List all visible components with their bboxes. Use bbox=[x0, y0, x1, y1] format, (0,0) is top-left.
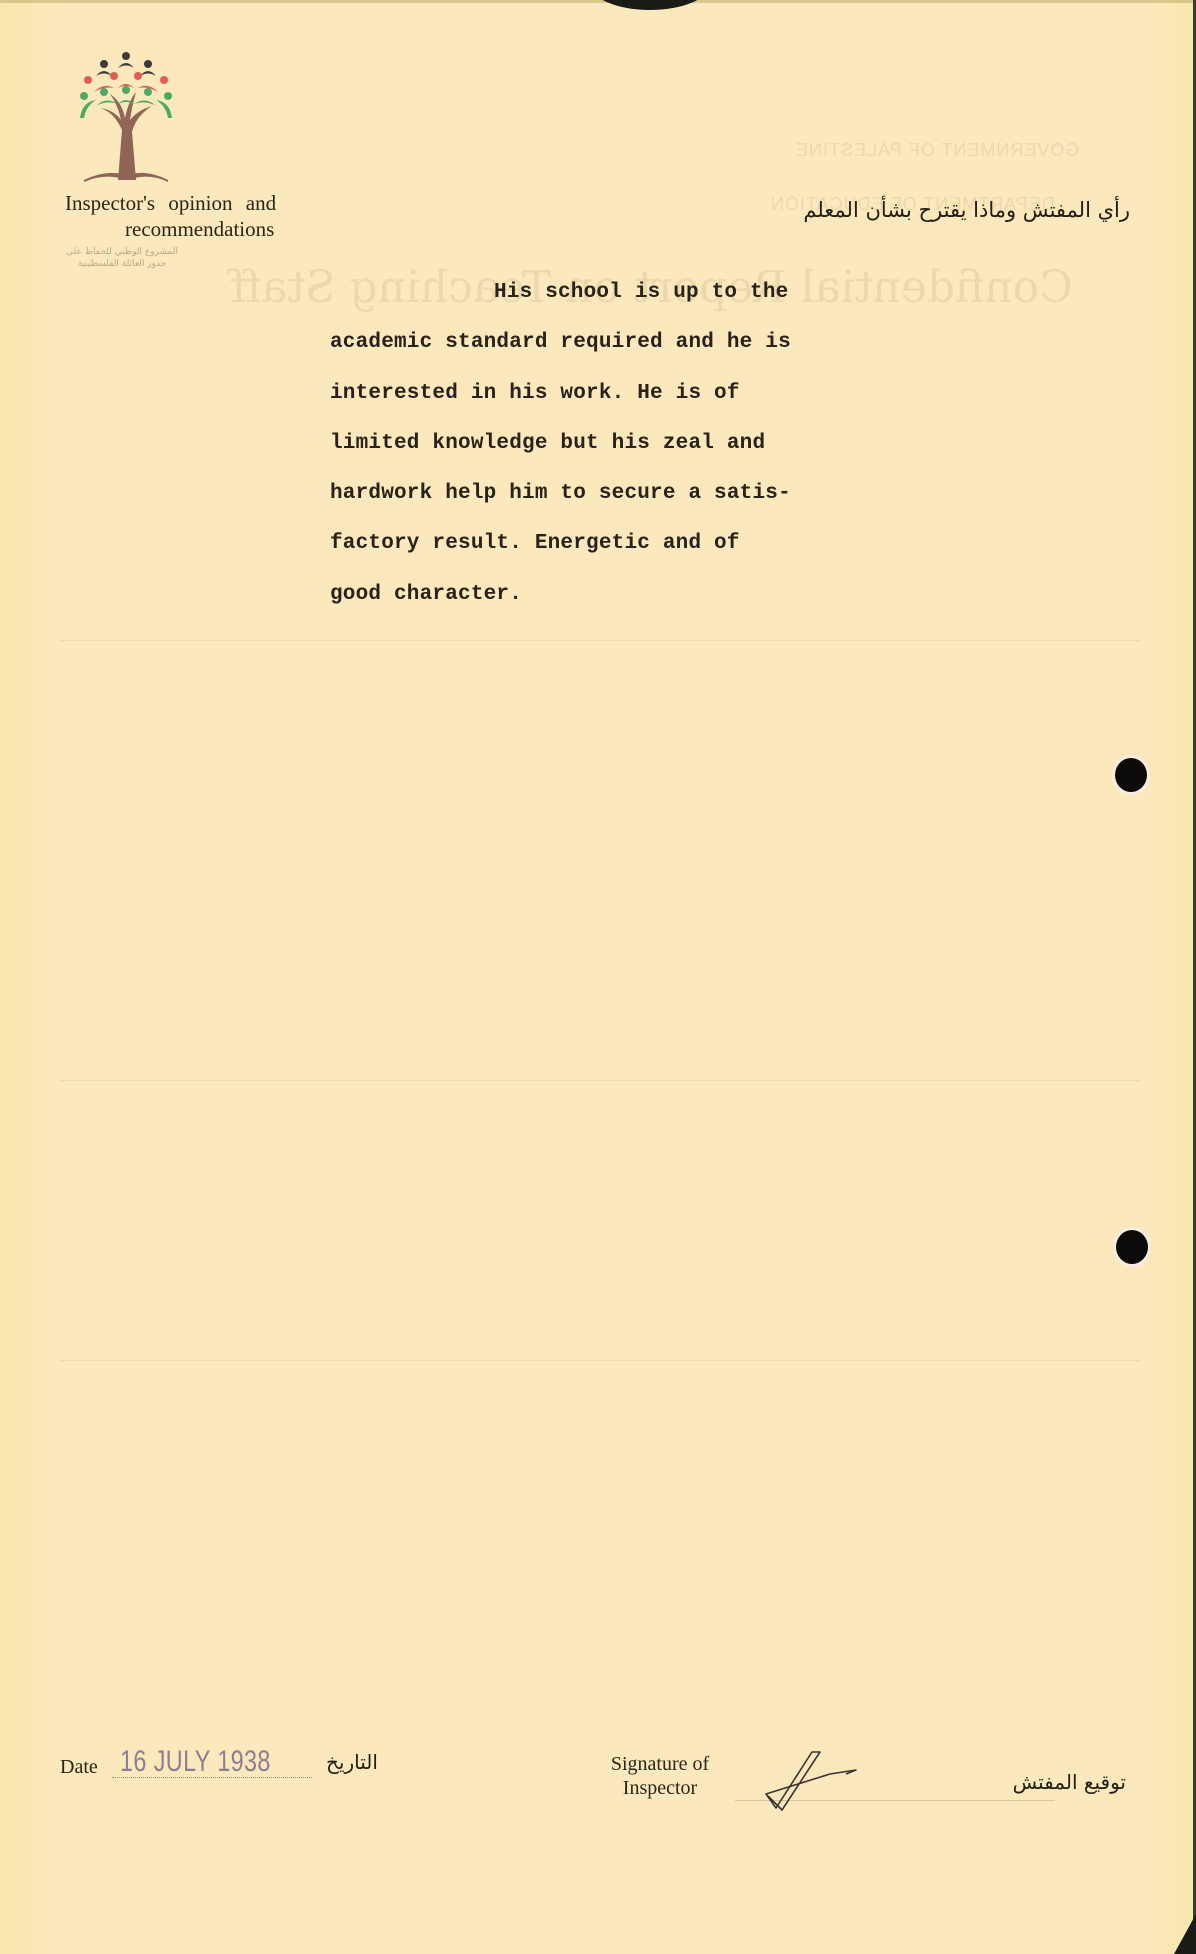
inspector-signature-icon bbox=[760, 1748, 870, 1812]
section-label-line: recommendations bbox=[105, 216, 335, 242]
logo-caption-line: المشروع الوطني للحفاظ على bbox=[62, 246, 182, 258]
signature-label-ar: توقيع المفتش bbox=[1013, 1770, 1126, 1794]
signature-label: Signature of Inspector bbox=[590, 1752, 730, 1800]
inspector-opinion-text: His school is up to the academic standar… bbox=[330, 268, 890, 620]
date-label: Date bbox=[60, 1756, 98, 1779]
opinion-line: academic standard required and he is bbox=[330, 318, 890, 368]
opinion-line: limited knowledge but his zeal and bbox=[330, 419, 890, 469]
ghost-rule bbox=[60, 1360, 1140, 1361]
paper-top-edge bbox=[0, 0, 1196, 3]
opinion-line: factory result. Energetic and of bbox=[330, 519, 890, 569]
signature-label-line: Signature of bbox=[590, 1752, 730, 1776]
logo-caption: المشروع الوطني للحفاظ على جذور العائلة ا… bbox=[62, 246, 182, 270]
binder-tab bbox=[590, 0, 710, 10]
opinion-line: hardwork help him to secure a satis- bbox=[330, 469, 890, 519]
section-label-line: Inspector's opinion and bbox=[65, 190, 335, 216]
family-tree-logo-icon bbox=[74, 50, 178, 185]
opinion-line: His school is up to the bbox=[330, 268, 890, 318]
document-page: GOVERNMENT OF PALESTINE DEPARTMENT OF ED… bbox=[0, 0, 1196, 1954]
date-label-ar: التاريخ bbox=[326, 1750, 378, 1774]
ghost-rule bbox=[60, 640, 1140, 641]
logo-caption-line: جذور العائلة الفلسطينية bbox=[62, 258, 182, 270]
punch-hole-upper bbox=[1115, 758, 1147, 792]
opinion-line: good character. bbox=[330, 570, 890, 620]
section-label-en: Inspector's opinion and recommendations bbox=[65, 190, 335, 242]
ghost-rule bbox=[60, 1080, 1140, 1081]
opinion-line: interested in his work. He is of bbox=[330, 369, 890, 419]
date-stamp: 16 JULY 1938 bbox=[120, 1745, 271, 1779]
punch-hole-lower bbox=[1116, 1230, 1148, 1264]
signature-label-line: Inspector bbox=[590, 1776, 730, 1800]
section-label-ar: رأي المفتش وماذا يقترح بشأن المعلم bbox=[803, 198, 1130, 222]
ghost-header-1: GOVERNMENT OF PALESTINE bbox=[795, 140, 1079, 161]
